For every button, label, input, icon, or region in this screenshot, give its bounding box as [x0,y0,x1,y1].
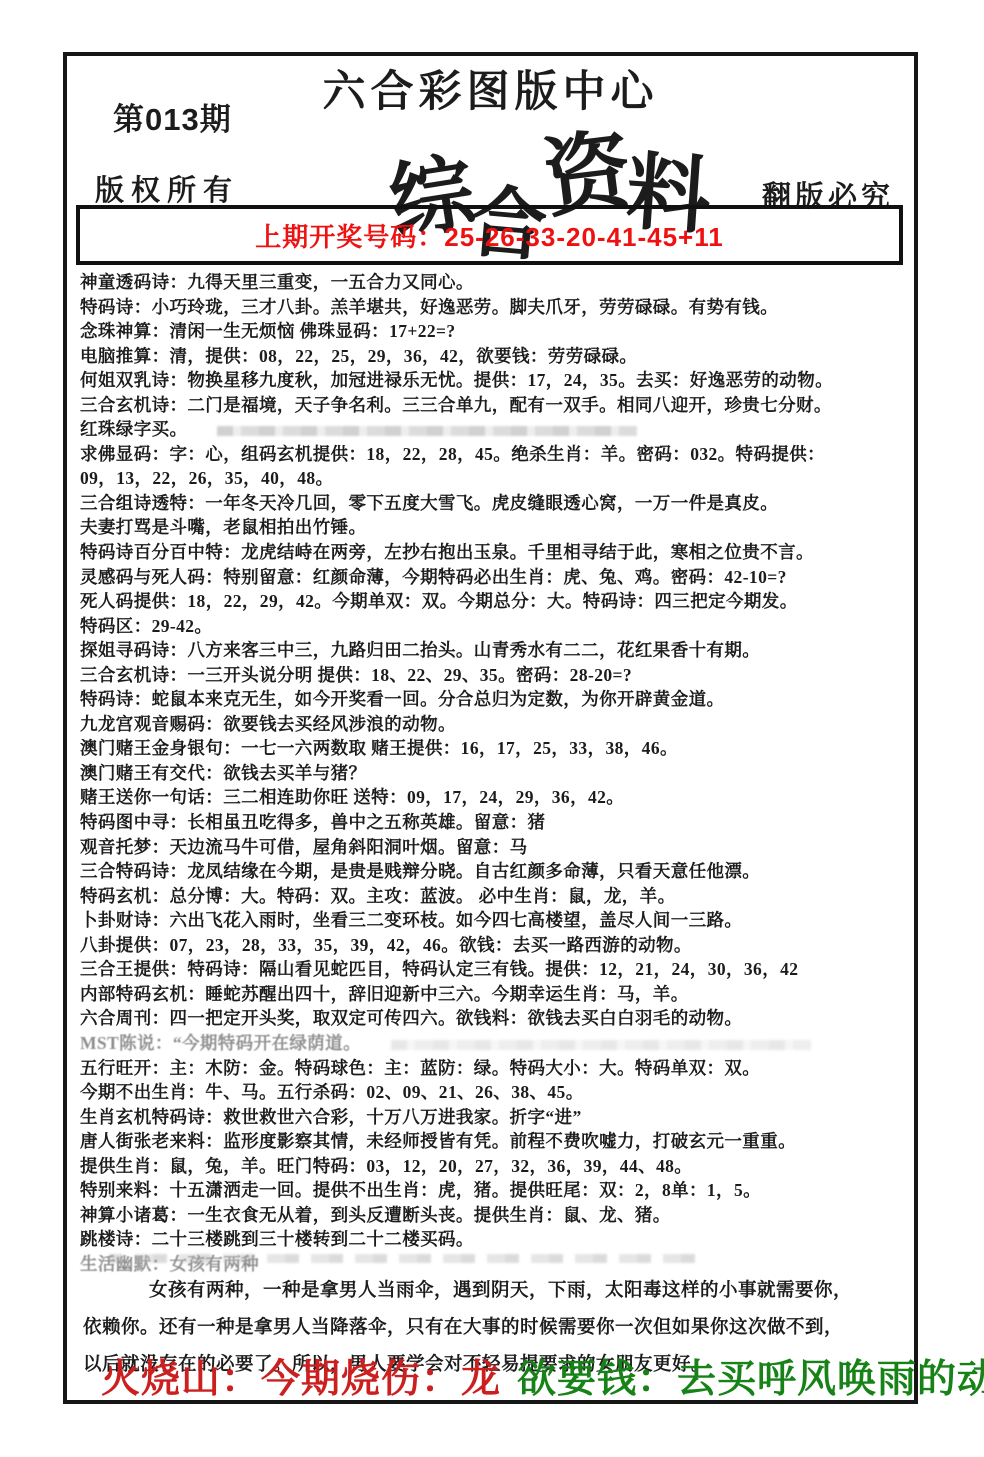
text-line-content: 特码诗：小巧玲珑，三才八卦。羔羊堪共，好逸恶劳。脚夫爪牙，劳劳碌碌。有势有钱。 [80,297,778,317]
text-line: 提供生肖：鼠，兔，羊。旺门特码：03，12，20，27，32，36，39，44、… [80,1154,908,1179]
text-line-content: 五行旺开：主：木防：金。特码球色：主：蓝防：绿。特码大小：大。特码单双：双。 [80,1058,760,1078]
text-line-content: 澳门赌王金身银句：一七一六两数取 赌王提供：16，17，25，33，38，46。 [80,738,678,758]
text-line: 神童透码诗：九得天里三重变，一五合力又同心。 [80,270,908,295]
text-line-content: 神算小诸葛：一生衣食无从着，到头反遭断头丧。提供生肖：鼠、龙、猪。 [80,1205,671,1225]
announcement-box: 上期开奖号码：25-26-33-20-41-45+11 [76,205,903,265]
text-line: 三合玄机诗：二门是福境，天子争名利。三三合单九，配有一双手。相同八迎开，珍贵七分… [80,393,908,418]
text-line: 三合组诗透特：一年冬天冷几回，零下五度大雪飞。虎皮缝眼透心窝，一万一件是真皮。 [80,491,908,516]
text-line: 特别来料：十五潇洒走一回。提供不出生肖：虎，猪。提供旺尾：双：2，8单：1，5。 [80,1178,908,1203]
paragraph-line: 女孩有两种，一种是拿男人当雨伞，遇到阴天，下雨，太阳毒这样的小事就需要你， [83,1273,906,1310]
text-line: 电脑推算：清，提供：08，22，25，29，36，42，欲要钱：劳劳碌碌。 [80,344,908,369]
text-line-content: 八卦提供：07，23，28，33，35，39，42，46。欲钱：去买一路西游的动… [80,935,692,955]
text-line: 神算小诸葛：一生衣食无从着，到头反遭断头丧。提供生肖：鼠、龙、猪。 [80,1203,908,1228]
text-line-content: 九龙宫观音赐码：欲要钱去买经风涉浪的动物。 [80,714,456,734]
scanned-lottery-sheet: { "page": { "issue": "第013期", "site_titl… [0,0,984,1457]
faded-text-artifact [391,1040,811,1050]
text-line-content: 内部特码玄机：睡蛇苏醒出四十，辞旧迎新中三六。今期幸运生肖：马，羊。 [80,984,689,1004]
text-line: 三合玄机诗：一三开头说分明 提供：18、22、29、35。密码：28-20=? [80,663,908,688]
text-line: 09，13，22，26，35，40，48。 [80,466,908,491]
previous-draw-numbers: 上期开奖号码：25-26-33-20-41-45+11 [255,217,723,254]
text-line-content: 三合玄机诗：二门是福境，天子争名利。三三合单九，配有一双手。相同八迎开，珍贵七分… [80,395,832,415]
text-line: 特码诗：小巧玲珑，三才八卦。羔羊堪共，好逸恶劳。脚夫爪牙，劳劳碌碌。有势有钱。 [80,295,908,320]
text-line-content: 卜卦财诗：六出飞花入雨时，坐看三二变环枝。如今四七高楼望，盖尽人间一三路。 [80,910,742,930]
text-line-content: 澳门赌王有交代：欲钱去买羊与猪？ [80,763,366,783]
copyright-left: 版权所有 [95,168,239,209]
body-text: 神童透码诗：九得天里三重变，一五合力又同心。 特码诗：小巧玲珑，三才八卦。羔羊堪… [80,270,908,1276]
text-line-content: 三合玄机诗：一三开头说分明 提供：18、22、29、35。密码：28-20=? [80,665,632,685]
text-line: 特码图中寻：长相虽丑吃得多，兽中之五称英雄。留意：猪 [80,810,908,835]
text-line: 特码区：29-42。 [80,614,908,639]
text-line: 赌王送你一句话：三二相连助你旺 送特：09，17，24，29，36，42。 [80,785,908,810]
text-line: 澳门赌王有交代：欲钱去买羊与猪？ [80,761,908,786]
text-line: 五行旺开：主：木防：金。特码球色：主：蓝防：绿。特码大小：大。特码单双：双。 [80,1056,908,1081]
text-line: 探姐寻码诗：八方来客三中三，九路归田二抬头。山青秀水有二二，花红果香十有期。 [80,638,908,663]
text-line: 内部特码玄机：睡蛇苏醒出四十，辞旧迎新中三六。今期幸运生肖：马，羊。 [80,982,908,1007]
text-line: 三合特码诗：龙凤结缘在今期，是贵是贱辩分晓。自古红颜多命薄，只看天意任他漂。 [80,859,908,884]
text-line: 六合周刊：四一把定开头奖，取双定可传四六。欲钱料：欲钱去买白白羽毛的动物。 [80,1006,908,1031]
text-line: 生肖玄机特码诗：救世救世六合彩，十万八万进我家。折字“进” [80,1105,908,1130]
text-line-content: 特码图中寻：长相虽丑吃得多，兽中之五称英雄。留意：猪 [80,812,545,832]
banner-money-tip: 欲要钱：去买呼风唤雨的动物 [517,1358,984,1401]
text-line-content: 提供生肖：鼠，兔，羊。旺门特码：03，12，20，27，32，36，39，44、… [80,1156,692,1176]
main-title: 综合资料 [389,92,707,218]
text-line-content: 特别来料：十五潇洒走一回。提供不出生肖：虎，猪。提供旺尾：双：2，8单：1，5。 [80,1180,761,1200]
text-line-content: 电脑推算：清，提供：08，22，25，29，36，42，欲要钱：劳劳碌碌。 [80,346,637,366]
text-line-content: 唐人街张老来料：监形度影察其情，未经师授皆有凭。前程不费吹嘘力，打破玄元一重重。 [80,1131,796,1151]
text-line: 特码诗：蛇鼠本来克无生，如今开奖看一回。分合总归为定数，为你开辟黄金道。 [80,687,908,712]
text-line-content: 死人码提供：18，22，29，42。今期单双：双。今期总分：大。特码诗：四三把定… [80,591,798,611]
text-line-content: 特码玄机：总分博：大。特码：双。主攻：蓝波。 必中生肖：鼠，龙，羊。 [80,886,675,906]
text-line: 何姐双乳诗：物换星移九度秋，加冠进禄乐无忧。提供：17，24，35。去买：好逸恶… [80,368,908,393]
text-line-content: 何姐双乳诗：物换星移九度秋，加冠进禄乐无忧。提供：17，24，35。去买：好逸恶… [80,370,833,390]
text-line-content: 灵感码与死人码：特别留意：红颜命薄，今期特码必出生肖：虎、兔、鸡。密码：42-1… [80,567,787,587]
text-line-content: 三合特码诗：龙凤结缘在今期，是贵是贱辩分晓。自古红颜多命薄，只看天意任他漂。 [80,861,760,881]
text-line-content: 赌王送你一句话：三二相连助你旺 送特：09，17，24，29，36，42。 [80,787,624,807]
text-line-content: 特码诗百分百中特：龙虎结峙在两旁，左抄右抱出玉泉。千里相寻结于此，寒相之位贵不言… [80,542,814,562]
text-line: 特码诗百分百中特：龙虎结峙在两旁，左抄右抱出玉泉。千里相寻结于此，寒相之位贵不言… [80,540,908,565]
paragraph-line: 依赖你。还有一种是拿男人当降落伞，只有在大事的时候需要你一次但如果你这次做不到， [83,1310,906,1347]
text-line: 念珠神算：清闲一生无烦恼 佛珠显码：17+22=? [80,319,908,344]
text-line: 唐人街张老来料：监形度影察其情，未经师授皆有凭。前程不费吹嘘力，打破玄元一重重。 [80,1129,908,1154]
text-line: 观音托梦：天边流马牛可借，屋角斜阳洞叶烟。留意：马 [80,835,908,860]
text-line: 九龙宫观音赐码：欲要钱去买经风涉浪的动物。 [80,712,908,737]
text-line-content: 跳楼诗：二十三楼跳到三十楼转到二十二楼买码。 [80,1229,474,1249]
text-line-content: 特码区：29-42。 [80,616,212,636]
text-line: 红珠绿字买。 [80,417,908,442]
text-line-content: 念珠神算：清闲一生无烦恼 佛珠显码：17+22=? [80,321,456,341]
text-line: 八卦提供：07，23，28，33，35，39，42，46。欲钱：去买一路西游的动… [80,933,908,958]
text-line: 澳门赌王金身银句：一七一六两数取 赌王提供：16，17，25，33，38，46。 [80,736,908,761]
text-line-content: 09，13，22，26，35，40，48。 [80,468,333,488]
sheet-border: 第013期 六合彩图版中心 综合资料 版权所有 翻版必究 上期开奖号码：25-2… [63,52,918,1404]
text-line: MST陈说：“今期特码开在绿荫道。 [80,1031,908,1056]
text-line: 三合王提供：特码诗：隔山看见蛇匹目，特码认定三有钱。提供：12，21，24，30… [80,957,908,982]
bottom-banner: 火烧山：今期烧伤：龙欲要钱：去买呼风唤雨的动物 [101,1348,984,1404]
faded-text-artifact [109,1254,702,1263]
text-line-content: 观音托梦：天边流马牛可借，屋角斜阳洞叶烟。留意：马 [80,837,528,857]
text-line-content: 今期不出生肖：牛、马。五行杀码：02、09、21、26、38、45。 [80,1082,584,1102]
text-line: 求佛显码：字：心，组码玄机提供：18，22，28，45。绝杀生肖：羊。密码：03… [80,442,908,467]
text-line-content: MST陈说：“今期特码开在绿荫道。 [80,1033,361,1053]
text-line-content: 六合周刊：四一把定开头奖，取双定可传四六。欲钱料：欲钱去买白白羽毛的动物。 [80,1008,742,1028]
text-line: 卜卦财诗：六出飞花入雨时，坐看三二变环枝。如今四七高楼望，盖尽人间一三路。 [80,908,908,933]
text-line: 今期不出生肖：牛、马。五行杀码：02、09、21、26、38、45。 [80,1080,908,1105]
text-line-content: 神童透码诗：九得天里三重变，一五合力又同心。 [80,272,474,292]
text-line-content: 探姐寻码诗：八方来客三中三，九路归田二抬头。山青秀水有二二，花红果香十有期。 [80,640,760,660]
text-line-content: 生肖玄机特码诗：救世救世六合彩，十万八万进我家。折字“进” [80,1107,582,1127]
text-line: 特码玄机：总分博：大。特码：双。主攻：蓝波。 必中生肖：鼠，龙，羊。 [80,884,908,909]
text-line: 灵感码与死人码：特别留意：红颜命薄，今期特码必出生肖：虎、兔、鸡。密码：42-1… [80,565,908,590]
text-line-content: 特码诗：蛇鼠本来克无生，如今开奖看一回。分合总归为定数，为你开辟黄金道。 [80,689,724,709]
text-line-content: 夫妻打骂是斗嘴，老鼠相拍出竹锤。 [80,517,366,537]
banner-fire-tip: 火烧山：今期烧伤：龙 [101,1358,501,1401]
text-line-content: 三合王提供：特码诗：隔山看见蛇匹目，特码认定三有钱。提供：12，21，24，30… [80,959,798,979]
text-line: 夫妻打骂是斗嘴，老鼠相拍出竹锤。 [80,515,908,540]
text-line: 跳楼诗：二十三楼跳到三十楼转到二十二楼买码。 [80,1227,908,1252]
text-line-content: 三合组诗透特：一年冬天冷几回，零下五度大雪飞。虎皮缝眼透心窝，一万一件是真皮。 [80,493,778,513]
text-line-content: 红珠绿字买。 [80,419,187,439]
faded-text-artifact [217,426,637,436]
text-line-content: 求佛显码：字：心，组码玄机提供：18，22，28，45。绝杀生肖：羊。密码：03… [80,444,825,464]
text-line: 死人码提供：18，22，29，42。今期单双：双。今期总分：大。特码诗：四三把定… [80,589,908,614]
